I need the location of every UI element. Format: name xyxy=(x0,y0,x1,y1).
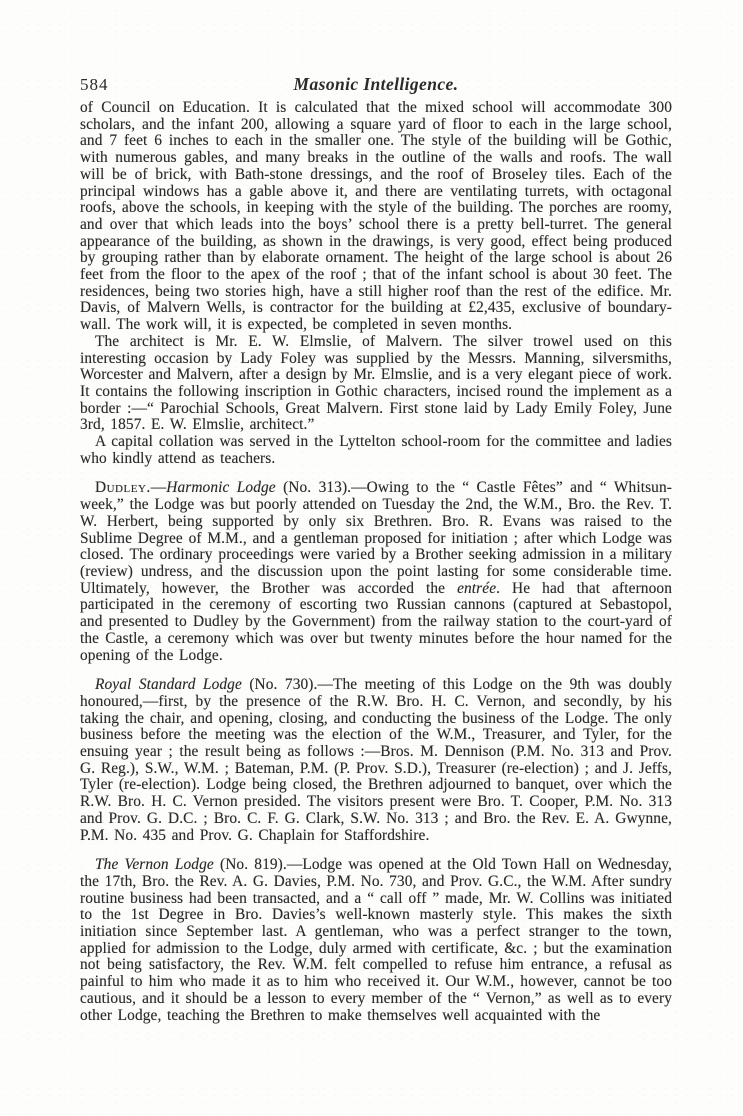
text-segment-italic: Royal Standard Lodge xyxy=(95,676,242,693)
running-header: 584 Masonic Intelligence. xyxy=(80,74,672,95)
paragraph-royal-standard-lodge: Royal Standard Lodge (No. 730).—The meet… xyxy=(80,677,672,844)
article-body: of Council on Education. It is calculate… xyxy=(80,100,672,1024)
page-number: 584 xyxy=(80,75,170,95)
text-segment-italic: Harmonic Lodge xyxy=(166,479,276,496)
paragraph-dudley-harmonic-lodge: Dudley.—Harmonic Lodge (No. 313).—Owing … xyxy=(80,480,672,664)
text-segment-italic: The Vernon Lodge xyxy=(95,856,214,873)
text-segment-smallcaps: Dudley. xyxy=(95,479,151,496)
paragraph-collation: A capital collation was served in the Ly… xyxy=(80,434,672,467)
text-segment-normal: The architect is Mr. E. W. Elmslie, of M… xyxy=(80,333,672,434)
paragraph-school-description: of Council on Education. It is calculate… xyxy=(80,100,672,334)
text-segment-normal: of Council on Education. It is calculate… xyxy=(80,99,672,333)
scanned-document-page: 584 Masonic Intelligence. of Council on … xyxy=(0,0,743,1116)
paragraph-vernon-lodge: The Vernon Lodge (No. 819).—Lodge was op… xyxy=(80,857,672,1024)
paragraph-architect-trowel: The architect is Mr. E. W. Elmslie, of M… xyxy=(80,334,672,434)
text-segment-normal: (No. 730).—The meeting of this Lodge on … xyxy=(80,676,672,843)
text-segment-normal: — xyxy=(151,479,167,496)
text-segment-italic: entrée xyxy=(457,580,496,597)
text-segment-normal: A capital collation was served in the Ly… xyxy=(80,433,672,467)
running-title: Masonic Intelligence. xyxy=(170,74,582,95)
text-segment-normal: (No. 819).—Lodge was opened at the Old T… xyxy=(80,856,672,1023)
